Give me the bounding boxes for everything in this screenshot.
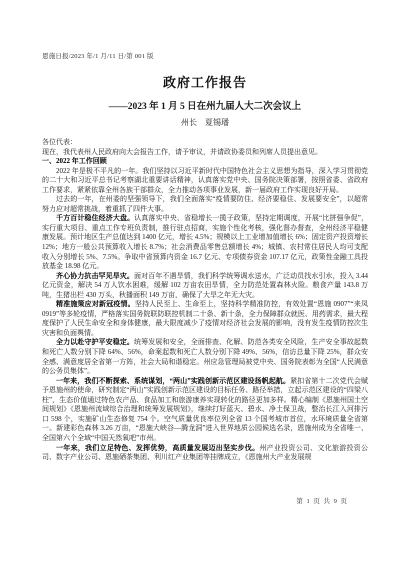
paragraph-text: 各位代表： bbox=[42, 138, 77, 146]
page-number: 第 1 页 共 9 页 bbox=[296, 496, 348, 505]
paragraph-lead: 一年来，我们不断探索、系统谋划，“两山”实践创新示范区建设扬帆起航。 bbox=[56, 377, 290, 385]
document-subtitle: ——2023 年 1 月 5 日在州九届人大二次会议上 bbox=[0, 98, 410, 112]
body-paragraph: 全力以赴守护平安稳定。统筹发展和安全，全面排查、化解、防范各类安全风险，生产安全… bbox=[42, 338, 368, 376]
paragraph-lead: 全力以赴守护平安稳定。 bbox=[56, 338, 134, 346]
paragraph-text: 2022 年是极不平凡的一年。我们坚持以习近平新时代中国特色社会主义思想为指导，… bbox=[42, 167, 368, 194]
document-body: 各位代表： 现在，我代表州人民政府向大会报告工作，请予审议，并请政协委员和列席人… bbox=[42, 138, 368, 463]
body-paragraph: 齐心协力抗击罕见旱灾。面对百年不遇旱情，我们科学统筹调水送水，广泛动员找水引水，… bbox=[42, 272, 368, 301]
paragraph-text: 认真落实中央、省稳增长一揽子政策，坚持定期调度，开展“比拼强争促”，实行重大项目… bbox=[42, 214, 368, 270]
newspaper-meta: 恩施日报/2023 年/1 月/11 日/第 001 版 bbox=[42, 51, 154, 60]
body-paragraph: 一年来，我们立足特色、发挥优势，高质量发展迈出坚实步伐。州产业投资公司、文化旅游… bbox=[42, 444, 368, 463]
paragraph-lead: 精准施策应对新冠疫情。 bbox=[56, 300, 135, 308]
section-heading: 一、2022 年工作回顾 bbox=[42, 157, 368, 167]
body-paragraph: 现在，我代表州人民政府向大会报告工作，请予审议，并请政协委员和列席人员提出意见。 bbox=[42, 148, 368, 158]
paragraph-text: 现在，我代表州人民政府向大会报告工作，请予审议，并请政协委员和列席人员提出意见。 bbox=[42, 148, 322, 156]
salutation: 各位代表： bbox=[42, 138, 368, 148]
page-title: 政府工作报告 bbox=[0, 72, 410, 91]
body-paragraph: 过去的一年，在州委的坚强领导下，我们全面落实“疫情要防住、经济要稳住、发展要安全… bbox=[42, 195, 368, 214]
author-line: 州长 夏锡璠 bbox=[0, 117, 410, 128]
paragraph-text: 紧扣省第十二次党代会赋予恩施州的使命，研究制定“两山”实践创新示范区建设的目标任… bbox=[42, 377, 368, 442]
body-paragraph: 一年来，我们不断探索、系统谋划，“两山”实践创新示范区建设扬帆起航。紧扣省第十二… bbox=[42, 377, 368, 444]
paragraph-lead: 千方百计稳住经济大盘。 bbox=[56, 214, 134, 222]
paragraph-lead: 齐心协力抗击罕见旱灾。 bbox=[56, 272, 134, 280]
body-paragraph: 千方百计稳住经济大盘。认真落实中央、省稳增长一揽子政策，坚持定期调度，开展“比拼… bbox=[42, 214, 368, 271]
paragraph-text: 过去的一年，在州委的坚强领导下，我们全面落实“疫情要防住、经济要稳住、发展要安全… bbox=[42, 195, 368, 213]
document-page: 恩施日报/2023 年/1 月/11 日/第 001 版 政府工作报告 ——20… bbox=[0, 0, 410, 580]
body-paragraph: 精准施策应对新冠疫情。坚持人民至上、生命至上，坚持科学精准防控，有效处置“恩施 … bbox=[42, 300, 368, 338]
paragraph-lead: 一年来，我们立足特色、发挥优势，高质量发展迈出坚实步伐。 bbox=[56, 444, 259, 452]
body-paragraph: 2022 年是极不平凡的一年。我们坚持以习近平新时代中国特色社会主义思想为指导，… bbox=[42, 167, 368, 196]
heading-text: 一、2022 年工作回顾 bbox=[42, 157, 107, 165]
